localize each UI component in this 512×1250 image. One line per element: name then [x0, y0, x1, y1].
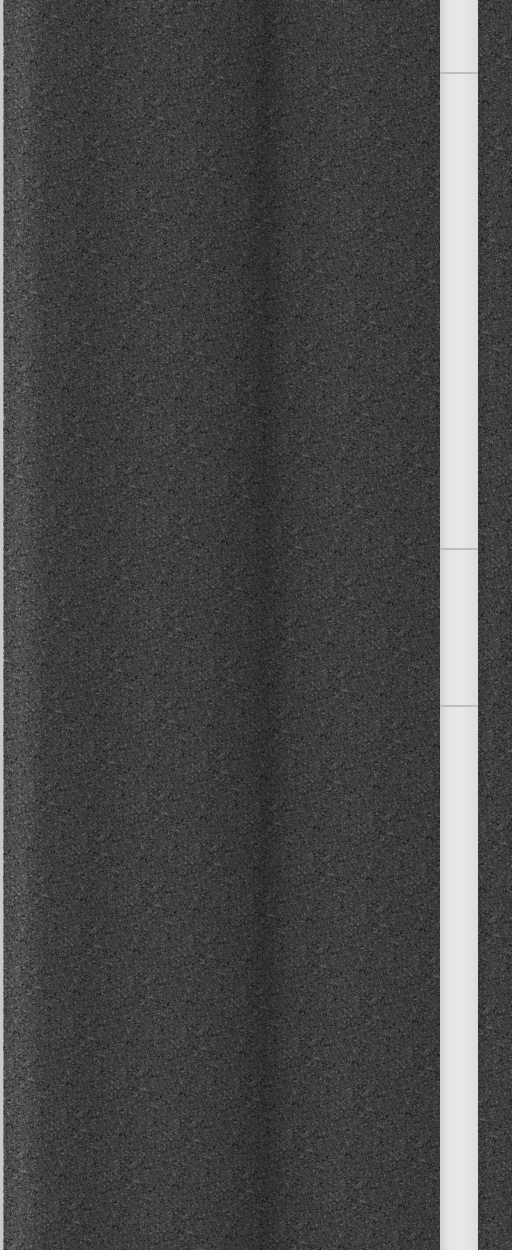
asphalt-texture	[0, 0, 512, 1250]
road-edge-strip	[0, 0, 3, 1250]
lane-marking-seam	[440, 72, 478, 74]
road-photo	[0, 0, 512, 1250]
lane-marking	[440, 0, 478, 1250]
lane-marking-seam	[440, 705, 478, 707]
lane-marking-seam	[440, 548, 478, 550]
